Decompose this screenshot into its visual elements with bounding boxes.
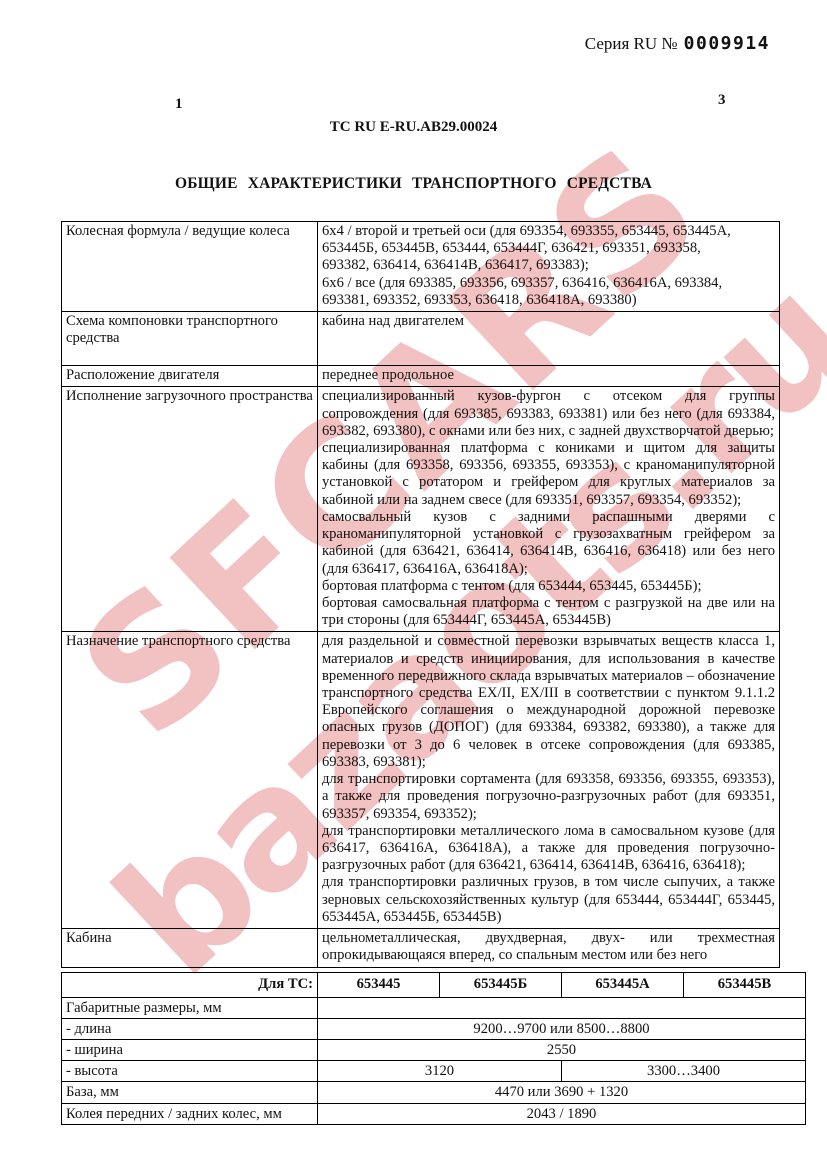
spec-row-value: 2550 — [318, 1040, 806, 1061]
spec-row-value: 4470 или 3690 + 1320 — [318, 1082, 806, 1103]
char-value-paragraph: для транспортировки металлического лома … — [322, 823, 775, 875]
char-row-label: Исполнение загрузочного пространства — [62, 387, 318, 632]
char-value-paragraph: для раздельной и совместной перевозки вз… — [322, 633, 775, 771]
spec-row: База, мм4470 или 3690 + 1320 — [62, 1082, 806, 1103]
page-number-right: 3 — [718, 92, 726, 109]
char-row-value: для раздельной и совместной перевозки вз… — [318, 632, 780, 929]
char-row-label: Кабина — [62, 929, 318, 967]
char-value-paragraph: 693382, 636414, 636414В, 636417, 693383)… — [322, 257, 775, 274]
char-row-label: Расположение двигателя — [62, 366, 318, 387]
spec-row-label: - высота — [62, 1061, 318, 1082]
spec-model-cell: 653445В — [684, 972, 806, 997]
spec-row: Габаритные размеры, мм — [62, 997, 806, 1018]
spec-row: - длина9200…9700 или 8500…8800 — [62, 1018, 806, 1039]
char-row: Исполнение загрузочного пространстваспец… — [62, 387, 780, 632]
char-row: Схема компоновки транспортного средствак… — [62, 312, 780, 366]
char-value-paragraph: 653445Б, 653445В, 653444, 653444Г, 63642… — [322, 240, 775, 257]
char-row-value: переднее продольное — [318, 366, 780, 387]
char-row: Кабинацельнометаллическая, двухдверная, … — [62, 929, 780, 967]
char-value-paragraph: для транспортировки различных грузов, в … — [322, 874, 775, 926]
spec-row-label: База, мм — [62, 1082, 318, 1103]
spec-row: - высота31203300…3400 — [62, 1061, 806, 1082]
char-value-paragraph: самосвальный кузов с задними распашными … — [322, 509, 775, 578]
spec-table-body: Для ТС:653445653445Б653445А653445ВГабари… — [62, 972, 806, 1124]
char-value-paragraph: 6х6 / все (для 693385, 693356, 693357, 6… — [322, 275, 775, 292]
document-page: Серия RU №0009914 1 3 ТС RU E-RU.AB29.00… — [0, 0, 827, 1170]
spec-row: Колея передних / задних колес, мм2043 / … — [62, 1103, 806, 1124]
spec-row-value: 3300…3400 — [562, 1061, 806, 1082]
char-value-paragraph: бортовая самосвальная платформа с тентом… — [322, 595, 775, 629]
char-value-paragraph: 693381, 693352, 693353, 636418, 636418А,… — [322, 292, 775, 309]
char-row: Расположение двигателяпереднее продольно… — [62, 366, 780, 387]
spec-row-label: Колея передних / задних колес, мм — [62, 1103, 318, 1124]
char-value-paragraph: переднее продольное — [322, 367, 775, 384]
char-value-paragraph: кабина над двигателем — [322, 313, 775, 330]
char-row: Колесная формула / ведущие колеса6х4 / в… — [62, 222, 780, 312]
char-row-label: Схема компоновки транспортного средства — [62, 312, 318, 366]
char-row-value: цельнометаллическая, двухдверная, двух- … — [318, 929, 780, 967]
spec-row-value: 9200…9700 или 8500…8800 — [318, 1018, 806, 1039]
tables-container: Колесная формула / ведущие колеса6х4 / в… — [61, 221, 769, 1125]
page-number-left: 1 — [175, 96, 183, 113]
spec-header-label: Для ТС: — [62, 972, 318, 997]
char-row-value: кабина над двигателем — [318, 312, 780, 366]
spec-row-label: - длина — [62, 1018, 318, 1039]
char-row-label: Назначение транспортного средства — [62, 632, 318, 929]
spec-model-cell: 653445А — [562, 972, 684, 997]
char-row-label: Колесная формула / ведущие колеса — [62, 222, 318, 312]
spec-model-cell: 653445Б — [440, 972, 562, 997]
series-label: Серия RU № — [585, 34, 678, 53]
characteristics-table-body: Колесная формула / ведущие колеса6х4 / в… — [62, 222, 780, 968]
char-row: Назначение транспортного средствадля раз… — [62, 632, 780, 929]
char-value-paragraph: специализированный кузов-фургон с отсеко… — [322, 388, 775, 440]
characteristics-table: Колесная формула / ведущие колеса6х4 / в… — [61, 221, 780, 968]
section-title: ОБЩИЕ ХАРАКТЕРИСТИКИ ТРАНСПОРТНОГО СРЕДС… — [0, 175, 827, 193]
char-value-paragraph: 6х4 / второй и третьей оси (для 693354, … — [322, 223, 775, 240]
char-row-value: специализированный кузов-фургон с отсеко… — [318, 387, 780, 632]
char-value-paragraph: специализированная платформа с кониками … — [322, 440, 775, 509]
char-value-paragraph: цельнометаллическая, двухдверная, двух- … — [322, 930, 775, 964]
spec-header-row: Для ТС:653445653445Б653445А653445В — [62, 972, 806, 997]
spec-row-value — [318, 997, 806, 1018]
spec-row-label: Габаритные размеры, мм — [62, 997, 318, 1018]
spec-row-value: 3120 — [318, 1061, 562, 1082]
spec-table: Для ТС:653445653445Б653445А653445ВГабари… — [61, 972, 806, 1125]
approval-number: ТС RU E-RU.AB29.00024 — [0, 119, 827, 136]
spec-row-value: 2043 / 1890 — [318, 1103, 806, 1124]
char-row-value: 6х4 / второй и третьей оси (для 693354, … — [318, 222, 780, 312]
char-value-paragraph: бортовая платформа с тентом (для 653444,… — [322, 578, 775, 595]
spec-row-label: - ширина — [62, 1040, 318, 1061]
char-value-paragraph: для транспортировки сортамента (для 6933… — [322, 771, 775, 823]
series-number: 0009914 — [684, 33, 770, 54]
series-line: Серия RU №0009914 — [585, 33, 770, 54]
spec-model-cell: 653445 — [318, 972, 440, 997]
spec-row: - ширина2550 — [62, 1040, 806, 1061]
